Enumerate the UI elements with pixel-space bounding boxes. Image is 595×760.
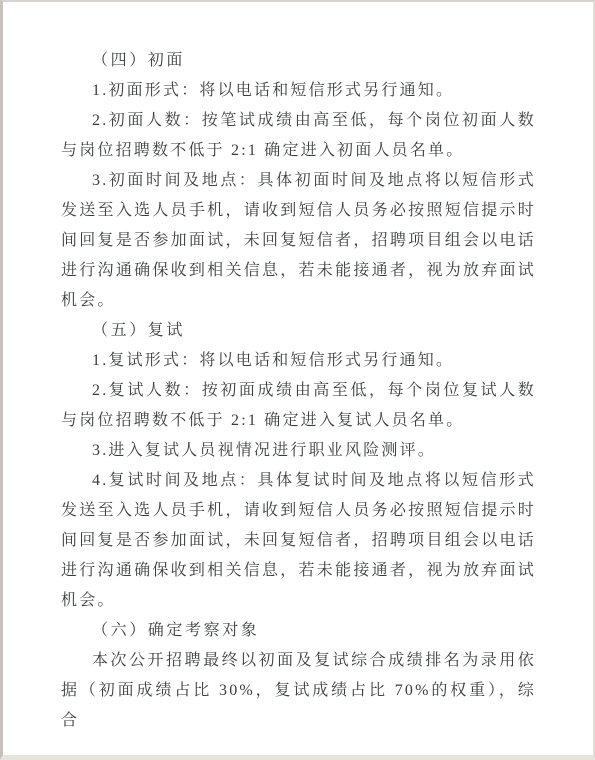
body-paragraph: 2.复试人数：按初面成绩由高至低，每个岗位复试人数与岗位招聘数不低于 2:1 确… <box>61 376 536 436</box>
body-paragraph: 3.初面时间及地点：具体初面时间及地点将以短信形式发送至入选人员手机，请收到短信… <box>61 166 536 316</box>
body-paragraph: 4.复试时间及地点：具体复试时间及地点将以短信形式发送至入选人员手机，请收到短信… <box>61 466 536 616</box>
body-paragraph: 1.初面形式：将以电话和短信形式另行通知。 <box>61 76 536 106</box>
body-paragraph: 1.复试形式：将以电话和短信形式另行通知。 <box>61 346 536 376</box>
document-body: （四）初面1.初面形式：将以电话和短信形式另行通知。2.初面人数：按笔试成绩由高… <box>3 2 593 736</box>
section-heading: （四）初面 <box>61 46 536 76</box>
body-paragraph: 本次公开招聘最终以初面及复试综合成绩排名为录用依据（初面成绩占比 30%，复试成… <box>61 646 536 736</box>
body-paragraph: 2.初面人数：按笔试成绩由高至低，每个岗位初面人数与岗位招聘数不低于 2:1 确… <box>61 106 536 166</box>
document-page: （四）初面1.初面形式：将以电话和短信形式另行通知。2.初面人数：按笔试成绩由高… <box>0 0 595 760</box>
section-heading: （六）确定考察对象 <box>61 616 536 646</box>
section-heading: （五）复试 <box>61 316 536 346</box>
body-paragraph: 3.进入复试人员视情况进行职业风险测评。 <box>61 436 536 466</box>
